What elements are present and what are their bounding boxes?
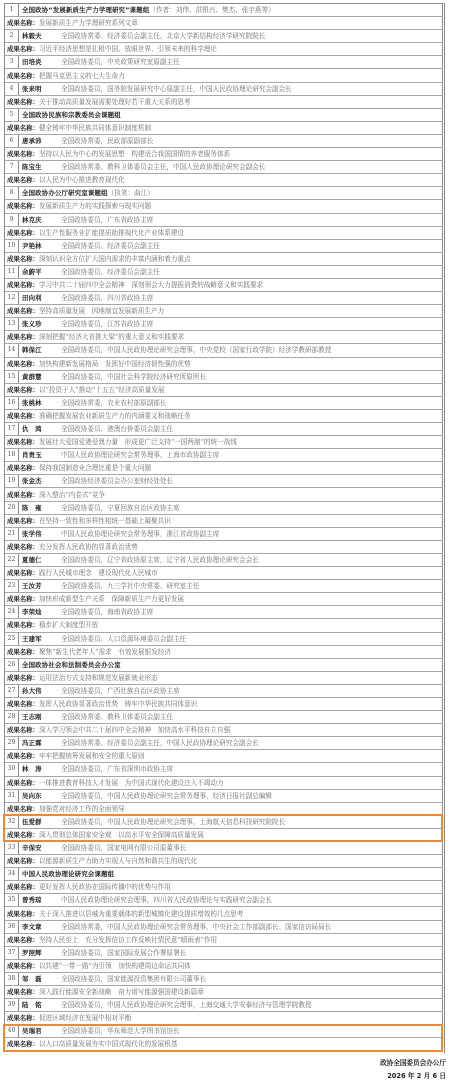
- result-label: 成果名称：: [5, 305, 39, 317]
- result-row: 成果名称：发展壮大爱国爱港爱澳力量 形成更广泛支持“一国两制”的统一战线: [5, 436, 443, 449]
- entry-row: 39陆 铭全国政协委员，中国人民政协理论研究会理事，上海交通大学安泰经济与管理学…: [5, 999, 443, 1012]
- entry-author-title: 全国政协委员、人口资源环境委员会副主任: [58, 633, 186, 645]
- result-label: 成果名称：: [5, 96, 39, 108]
- result-label: 成果名称：: [5, 515, 39, 527]
- entry-number: 15: [5, 371, 19, 383]
- entry-number: 33: [5, 842, 19, 854]
- result-row: 成果名称：保持我国制造业合理比重是个重大问题: [5, 462, 443, 475]
- result-title: 深入践行能源安全新战略 奋力谱写能源强国建设新篇章: [39, 986, 204, 998]
- entry-number: 25: [5, 633, 19, 645]
- entry-author: 吴瑞君: [19, 1025, 58, 1037]
- entry-author: 全国政协“发展新质生产力学理研究”课题组: [19, 4, 149, 16]
- result-title: 运用法治方式支持和规范发展新就业形态: [39, 672, 158, 684]
- result-row: 成果名称：把握马克思主义的七大生命力: [5, 69, 443, 82]
- entry-row: 15黄群慧全国政协委员，中国社会科学院经济研究所原所长: [5, 371, 443, 384]
- entry-author-title: 中国人民政协理论研究会常务理事，浙江省政协副主席: [58, 528, 219, 540]
- entry-author: 林克庆: [19, 214, 58, 226]
- entry-author: 林 涛: [19, 763, 58, 775]
- result-label: 成果名称：: [5, 148, 39, 160]
- result-row: 成果名称：践行人民城市理念 建设现代化人民城市: [5, 567, 443, 580]
- result-title: 深刻认识全方位扩大国内需求的丰富内涵和着力重点: [39, 253, 191, 265]
- result-row: 成果名称：发挥人民政协显著政治优势 铸牢中华民族共同体意识: [5, 698, 443, 711]
- entry-number: 38: [5, 973, 19, 985]
- footer-issuer: 政协全国委员会办公厅: [380, 1057, 446, 1067]
- entry-number: 4: [5, 83, 19, 95]
- entry-row: 32伍爱群全国政协委员，中国人民政协理论研究会理事，上海航天信息科技研究院院长: [5, 816, 443, 829]
- entry-author-title: 全国政协委员，国家能源投资集团有限公司董事长: [58, 973, 206, 985]
- entry-author: 林毅夫: [19, 30, 58, 42]
- result-label: 成果名称：: [5, 70, 39, 82]
- entry-row: 33辛保安全国政协委员，国家电网有限公司原董事长: [5, 842, 443, 855]
- entry-author-title: 全国政协委员，广东省政协主席: [58, 214, 153, 226]
- entry-author-title: 全国政协委员，中国人民政协理论研究会理事，上海航天信息科技研究院院长: [58, 816, 285, 828]
- result-title: 深刻把握“经济大省挑大梁”的重大意义和实践要求: [39, 331, 184, 343]
- entry-author: 罗照辉: [19, 947, 58, 959]
- result-title: 以人民为中心推进教育现代化: [39, 174, 125, 186]
- result-title: 学习中共二十届四中全会精神 深刻领会大力提振消费的战略意义和实践要求: [39, 279, 263, 291]
- entry-author-title: 全国政协委员，国务院发展研究中心原副主任，中国人民政协理论研究会副会长: [58, 83, 292, 95]
- result-title: 把握马克思主义的七大生命力: [39, 70, 125, 82]
- entry-row: 12田向利全国政协委员，四川省政协主席: [5, 292, 443, 305]
- entry-number: 30: [5, 763, 19, 775]
- entry-author: 辛保安: [19, 842, 58, 854]
- entry-author: 李文章: [19, 921, 58, 933]
- result-label: 成果名称：: [5, 593, 39, 605]
- entry-author: 陈 雍: [19, 502, 58, 514]
- entry-author-title: 全国政协委员，中国人民政协理论研究会理事，上海交通大学安泰经济与管理学院教授: [58, 999, 312, 1011]
- result-row: 成果名称：以“投资于人”推动“十五五”经济高质量发展: [5, 384, 443, 397]
- result-title: 关于推动高质量发展需要处理好若干重大关系的思考: [39, 96, 191, 108]
- entry-author: 伍爱群: [19, 816, 58, 828]
- entry-number: 14: [5, 344, 19, 356]
- result-row: 成果名称：以能源新质生产力助力实现人与自然和谐共生的现代化: [5, 855, 443, 868]
- result-row: 成果名称：关于深入推进以县城为重要载体的新型城镇化建设提质增效的几点思考: [5, 907, 443, 920]
- entry-row: 6唐承沛全国政协常委，民政部原副部长: [5, 135, 443, 148]
- result-row: 成果名称：健全铸牢中华民族共同体意识制度机制: [5, 122, 443, 135]
- result-label: 成果名称：: [5, 829, 39, 841]
- result-label: 成果名称：: [5, 803, 39, 815]
- entry-row: 38邹 磊全国政协委员，国家能源投资集团有限公司董事长: [5, 973, 443, 986]
- entry-row: 17仇 鸿全国政协委员、港澳台侨委员会副主任: [5, 423, 443, 436]
- result-row: 成果名称：学习中共二十届四中全会精神 深刻领会大力提振消费的战略意义和实践要求: [5, 279, 443, 292]
- entry-author-title: 全国政协委员，广东省深圳市政协主席: [58, 763, 173, 775]
- entry-author: 田向利: [19, 292, 58, 304]
- result-label: 成果名称：: [5, 541, 39, 553]
- entry-author: 王建军: [19, 633, 58, 645]
- entry-row: 10尹艳林全国政协委员、经济委员会副主任: [5, 240, 443, 253]
- entry-number: 6: [5, 135, 19, 147]
- result-label: 成果名称：: [5, 410, 39, 422]
- entry-row: 19张金杰全国政协经济委员会办公室财经处处长: [5, 475, 443, 488]
- result-label: 成果名称：: [5, 122, 39, 134]
- result-row: 成果名称：发展新质生产力学理研究系列文章: [5, 17, 443, 30]
- result-row: 成果名称：深入贯彻总体国家安全观 以高水平安全保障高质量发展: [5, 829, 443, 842]
- result-row: 成果名称：关于推动高质量发展需要处理好若干重大关系的思考: [5, 96, 443, 109]
- result-label: 成果名称：: [5, 750, 39, 762]
- result-row: 成果名称：以人口高质量发展夯实中国式现代化的发展根基: [5, 1038, 443, 1051]
- entry-number: 27: [5, 685, 19, 697]
- entry-author: 尹艳林: [19, 240, 58, 252]
- entry-author: 全国政协办公厅研究室课题组: [19, 187, 108, 199]
- result-row: 成果名称：加强党对经济工作的全面领导: [5, 803, 443, 816]
- result-title: 聚焦“新生代老年人”需求 有效发展银发经济: [39, 646, 171, 658]
- entry-author: 全国政协民族和宗教委员会课题组: [19, 109, 121, 121]
- result-row: 成果名称：习近平经济思想是扎根中国、放眼世界、引领未来的科学理论: [5, 43, 443, 56]
- result-row: 成果名称：坚持人民至上 充分发挥信访工作反映社情民意“晴雨表”作用: [5, 934, 443, 947]
- result-row: 成果名称：坚持高质量发展 因地制宜发展新质生产力: [5, 305, 443, 318]
- result-title: 加强党对经济工作的全面领导: [39, 803, 125, 815]
- result-label: 成果名称：: [5, 489, 39, 501]
- result-title: 加快形成新型生产关系 保障新质生产力更好发展: [39, 593, 184, 605]
- entry-author-title: 全国政协常委、教科卫体委员会主任，中国人民政协理论研究会副会长: [58, 161, 265, 173]
- entry-number: 5: [5, 109, 19, 121]
- result-title: 深入贯彻总体国家安全观 以高水平安全保障高质量发展: [39, 829, 204, 841]
- result-label: 成果名称：: [5, 619, 39, 631]
- entry-row: 37罗照辉全国政协委员，国家国际发展合作署原署长: [5, 947, 443, 960]
- result-label: 成果名称：: [5, 698, 39, 710]
- entry-row: 13张义珍全国政协委员，江苏省政协主席: [5, 318, 443, 331]
- entry-number: 3: [5, 56, 19, 68]
- entry-author: 张金杰: [19, 475, 58, 487]
- result-row: 成果名称：以人民为中心推进教育现代化: [5, 174, 443, 187]
- result-label: 成果名称：: [5, 384, 39, 396]
- entry-row: 20陈 雍全国政协委员，宁夏回族自治区政协主席: [5, 502, 443, 515]
- entry-number: 17: [5, 423, 19, 435]
- result-row: 成果名称：充分发挥人民政协的显著政治优势: [5, 541, 443, 554]
- entry-number: 11: [5, 266, 19, 278]
- result-row: 成果名称：深入学习领会中共二十届四中全会精神 加快高水平科技自立自强: [5, 724, 443, 737]
- entry-number: 35: [5, 894, 19, 906]
- entry-author: 张义珍: [19, 318, 58, 330]
- entry-row: 18肖贵玉中国人民政协理论研究会常务理事，上海市政协副主席: [5, 449, 443, 462]
- result-row: 成果名称：深刻认识全方位扩大国内需求的丰富内涵和着力重点: [5, 253, 443, 266]
- entry-number: 20: [5, 502, 19, 514]
- entry-author: 田培炎: [19, 56, 58, 68]
- result-label: 成果名称：: [5, 358, 39, 370]
- result-title: 关于深入推进以县城为重要载体的新型城镇化建设提质增效的几点思考: [39, 908, 243, 920]
- result-title: 以“投资于人”推动“十五五”经济高质量发展: [39, 384, 165, 396]
- result-label: 成果名称：: [5, 855, 39, 867]
- result-label: 成果名称：: [5, 724, 39, 736]
- result-title: 以能源新质生产力助力实现人与自然和谐共生的现代化: [39, 855, 197, 867]
- entry-author: 余蔚平: [19, 266, 58, 278]
- result-label: 成果名称：: [5, 1012, 39, 1024]
- result-label: 成果名称：: [5, 934, 39, 946]
- entry-number: 2: [5, 30, 19, 42]
- result-title: 深入学习领会中共二十届四中全会精神 加快高水平科技自立自强: [39, 724, 230, 736]
- entry-author: 冯正霖: [19, 737, 58, 749]
- result-title: 以人口高质量发展夯实中国式现代化的发展根基: [39, 1038, 177, 1050]
- result-title: 在坚持一致性和多样性相统一基础上凝聚共识: [39, 515, 171, 527]
- result-label: 成果名称：: [5, 1038, 39, 1050]
- entry-author-title: 全国政协委员，四川省政协主席: [58, 292, 153, 304]
- entry-number: 1: [5, 4, 19, 16]
- entry-number: 22: [5, 554, 19, 566]
- entry-author-title: 全国政协常委，民政部原副部长: [58, 135, 153, 147]
- entry-author-title: 中国人民政协理论研究会常务理事，上海市政协副主席: [58, 449, 219, 461]
- result-title: 牢牢把握统筹发展和安全的重大原则: [39, 750, 145, 762]
- entry-number: 36: [5, 921, 19, 933]
- entry-number: 39: [5, 999, 19, 1011]
- result-row: 成果名称：聚焦“新生代老年人”需求 有效发展银发经济: [5, 646, 443, 659]
- entry-author-title: 全国政协委员，江苏省政协主席: [58, 318, 153, 330]
- result-title: 坚持人民至上 充分发挥信访工作反映社情民意“晴雨表”作用: [39, 934, 217, 946]
- result-row: 成果名称：坚持以人民为中心的发展思想 构建适合我国国情的养老服务体系: [5, 148, 443, 161]
- entry-number: 40: [5, 1025, 19, 1037]
- entry-author: 张桃林: [19, 397, 58, 409]
- result-label: 成果名称：: [5, 436, 39, 448]
- entry-author: 仇 鸿: [19, 423, 58, 435]
- result-title: 以生产性服务业扩能提质助推现代化产业体系建设: [39, 227, 184, 239]
- entry-author: 张来明: [19, 83, 58, 95]
- entry-number: 34: [5, 868, 19, 880]
- result-label: 成果名称：: [5, 777, 39, 789]
- entry-author: 陈宝生: [19, 161, 58, 173]
- entry-author-title: 全国政协委员，广西壮族自治区政协主席: [58, 685, 180, 697]
- entry-author-title: 全国政协常委、经济委员会副主任，中国人民政协理论研究会副会长: [58, 737, 259, 749]
- result-row: 成果名称：一体推进教育科技人才发展 为中国式现代化建设注入不竭动力: [5, 777, 443, 790]
- entry-row: 7陈宝生全国政协常委、教科卫体委员会主任，中国人民政协理论研究会副会长: [5, 161, 443, 174]
- entry-author: 孙大伟: [19, 685, 58, 697]
- entry-author-title: 全国政协委员，宁夏回族自治区政协主席: [58, 502, 180, 514]
- result-row: 成果名称：深入整治“内卷式”竞争: [5, 488, 443, 501]
- result-row: 成果名称：发展新质生产力的实践探索与现实问题: [5, 200, 443, 213]
- result-row: 成果名称：深入践行能源安全新战略 奋力谱写能源强国建设新篇章: [5, 986, 443, 999]
- result-label: 成果名称：: [5, 279, 39, 291]
- entry-author: 黄群慧: [19, 371, 58, 383]
- entry-author-title: 全国政协委员，辽宁省政协原主席，辽宁省人民政协理论研究会会长: [58, 554, 259, 566]
- entry-author-title: 全国政协常委、经济委员会副主任，北京大学新结构经济学研究院院长: [58, 30, 265, 42]
- entry-author-note: （执笔：曲江）: [108, 187, 154, 199]
- result-label: 成果名称：: [5, 908, 39, 920]
- result-title: 发展壮大爱国爱港爱澳力量 形成更广泛支持“一国两制”的统一战线: [39, 436, 237, 448]
- entry-author: 陆 铭: [19, 999, 58, 1011]
- result-title: 发展新质生产力学理研究系列文章: [39, 17, 138, 29]
- entry-number: 32: [5, 816, 19, 828]
- result-label: 成果名称：: [5, 331, 39, 343]
- result-row: 成果名称：在坚持一致性和多样性相统一基础上凝聚共识: [5, 515, 443, 528]
- entry-number: 23: [5, 580, 19, 592]
- result-row: 成果名称：加快构建新发展格局 发挥好中国经济韧性强的优势: [5, 358, 443, 371]
- result-row: 成果名称：促进区域经济在发展中相对平衡: [5, 1012, 443, 1025]
- entry-row: 9林克庆全国政协委员，广东省政协主席: [5, 214, 443, 227]
- entry-row: 40吴瑞君全国政协委员，华东师范大学图书馆馆长: [5, 1025, 443, 1038]
- footer-date: 2026 年 2 月 6 日: [387, 1070, 446, 1080]
- entry-row: 23王汝芳全国政协委员，九三学社中央常委、研究室主任: [5, 580, 443, 593]
- entry-author-title: 中国人民政协理论研究会理事，四川省人民政协理论与实践研究会副会长: [58, 894, 272, 906]
- entry-row: 8全国政协办公厅研究室课题组（执笔：曲江）: [5, 187, 443, 200]
- entry-author: 李荣灿: [19, 606, 58, 618]
- entry-row: 2林毅夫全国政协常委、经济委员会副主任，北京大学新结构经济学研究院院长: [5, 30, 443, 43]
- entry-row: 14韩保江全国政协委员，中国人民政协理论研究会理事，中央党校（国家行政学院）经济…: [5, 344, 443, 357]
- entry-row: 34中国人民政协理论研究会课题组: [5, 868, 443, 881]
- result-title: 保持我国制造业合理比重是个重大问题: [39, 462, 151, 474]
- entry-author-title: 全国政协委员、经济委员会副主任: [58, 266, 160, 278]
- result-label: 成果名称：: [5, 43, 39, 55]
- entry-author-title: 全国政协委员，海南省政协主席: [58, 606, 153, 618]
- entry-author-title: 全国政协委员，九三学社中央常委、研究室主任: [58, 580, 199, 592]
- result-title: 促进区域经济在发展中相对平衡: [39, 1012, 131, 1024]
- entry-number: 12: [5, 292, 19, 304]
- entry-row: 21张学伟中国人民政协理论研究会常务理事，浙江省政协副主席: [5, 528, 443, 541]
- entry-row: 11余蔚平全国政协委员、经济委员会副主任: [5, 266, 443, 279]
- entry-number: 16: [5, 397, 19, 409]
- result-row: 成果名称：以共建“一带一路”为引领 加快构建周边命运共同体: [5, 960, 443, 973]
- entry-number: 26: [5, 659, 19, 671]
- entry-author: 王志刚: [19, 711, 58, 723]
- result-row: 成果名称：稳步扩大制度型开放: [5, 619, 443, 632]
- entry-number: 7: [5, 161, 19, 173]
- entry-author: 肖贵玉: [19, 449, 58, 461]
- entry-row: 25王建军全国政协委员、人口资源环境委员会副主任: [5, 633, 443, 646]
- entry-number: 13: [5, 318, 19, 330]
- result-label: 成果名称：: [5, 174, 39, 186]
- result-title: 一体推进教育科技人才发展 为中国式现代化建设注入不竭动力: [39, 777, 224, 789]
- entry-row: 36李文章全国政协常委，中国人民政协理论研究会常务理事，中央社会工作部副部长、国…: [5, 921, 443, 934]
- entry-author: 中国人民政协理论研究会课题组: [19, 868, 114, 880]
- entry-number: 18: [5, 449, 19, 461]
- entry-author: 全国政协社会和法制委员会办公室: [19, 659, 121, 671]
- entry-number: 24: [5, 606, 19, 618]
- result-row: 成果名称：加快形成新型生产关系 保障新质生产力更好发展: [5, 593, 443, 606]
- result-title: 践行人民城市理念 建设现代化人民城市: [39, 567, 158, 579]
- result-title: 坚持以人民为中心的发展思想 构建适合我国国情的养老服务体系: [39, 148, 230, 160]
- result-title: 坚持高质量发展 因地制宜发展新质生产力: [39, 305, 164, 317]
- result-row: 成果名称：更好发挥人民政协在国际传播中的优势与作用: [5, 881, 443, 894]
- result-label: 成果名称：: [5, 462, 39, 474]
- entry-number: 10: [5, 240, 19, 252]
- result-title: 准确把握发展农业新质生产力的内涵要义和战略任务: [39, 410, 191, 422]
- result-title: 以共建“一带一路”为引领 加快构建周边命运共同体: [39, 960, 191, 972]
- result-row: 成果名称：以生产性服务业扩能提质助推现代化产业体系建设: [5, 227, 443, 240]
- result-title: 习近平经济思想是扎根中国、放眼世界、引领未来的科学理论: [39, 43, 217, 55]
- entry-author-title: 全国政协经济委员会办公室财经处处长: [58, 475, 173, 487]
- result-label: 成果名称：: [5, 672, 39, 684]
- entry-row: 5全国政协民族和宗教委员会课题组: [5, 109, 443, 122]
- entry-number: 19: [5, 475, 19, 487]
- entry-author-title: 全国政协委员，中国社会科学院经济研究所原所长: [58, 371, 206, 383]
- result-row: 成果名称：深刻把握“经济大省挑大梁”的重大意义和实践要求: [5, 331, 443, 344]
- entry-number: 28: [5, 711, 19, 723]
- result-title: 发展新质生产力的实践探索与现实问题: [39, 200, 151, 212]
- entry-author-title: 全国政协委员、经济委员会副主任: [58, 240, 160, 252]
- entry-author: 韩保江: [19, 344, 58, 356]
- entry-author: 王汝芳: [19, 580, 58, 592]
- result-row: 成果名称：运用法治方式支持和规范发展新就业形态: [5, 672, 443, 685]
- result-title: 发挥人民政协显著政治优势 铸牢中华民族共同体意识: [39, 698, 197, 710]
- result-label: 成果名称：: [5, 253, 39, 265]
- result-label: 成果名称：: [5, 567, 39, 579]
- result-label: 成果名称：: [5, 881, 39, 893]
- entry-row: 3田培炎全国政协委员，中央政策研究室原副主任: [5, 56, 443, 69]
- entry-row: 29冯正霖全国政协常委、经济委员会副主任，中国人民政协理论研究会副会长: [5, 737, 443, 750]
- entry-author: 夏德仁: [19, 554, 58, 566]
- result-title: 稳步扩大制度型开放: [39, 619, 98, 631]
- entry-author-title: 全国政协委员，国家国际发展合作署原署长: [58, 947, 186, 959]
- entry-author: 张学伟: [19, 528, 58, 540]
- entry-number: 31: [5, 790, 19, 802]
- result-title: 更好发挥人民政协在国际传播中的优势与作用: [39, 881, 171, 893]
- result-label: 成果名称：: [5, 200, 39, 212]
- entry-author-title: 全国政协委员、港澳台侨委员会副主任: [58, 423, 173, 435]
- result-title: 深入整治“内卷式”竞争: [39, 489, 105, 501]
- entry-row: 1全国政协“发展新质生产力学理研究”课题组（作者：刘伟、洪银兴、樊杰、张宇燕等）: [5, 4, 443, 17]
- entry-author-title: 全国政协委员，中央政策研究室原副主任: [58, 56, 180, 68]
- entry-author-title: 全国政协常委，农业农村部原副部长: [58, 397, 167, 409]
- entry-row: 28王志刚全国政协常委、教科卫体委员会副主任: [5, 711, 443, 724]
- result-label: 成果名称：: [5, 960, 39, 972]
- result-label: 成果名称：: [5, 227, 39, 239]
- entry-author-title: 全国政协常委、教科卫体委员会副主任: [58, 711, 173, 723]
- entry-author: 唐承沛: [19, 135, 58, 147]
- table-outer-border: [444, 3, 445, 1053]
- results-table: 1全国政协“发展新质生产力学理研究”课题组（作者：刘伟、洪银兴、樊杰、张宇燕等）…: [4, 3, 443, 1052]
- entry-number: 37: [5, 947, 19, 959]
- entry-row: 22夏德仁全国政协委员，辽宁省政协原主席，辽宁省人民政协理论研究会会长: [5, 554, 443, 567]
- result-label: 成果名称：: [5, 646, 39, 658]
- entry-author-title: 全国政协常委，中国人民政协理论研究会常务理事，中央社会工作部副部长、国家信访局局…: [58, 921, 331, 933]
- result-label: 成果名称：: [5, 17, 39, 29]
- entry-author: 吴向东: [19, 790, 58, 802]
- entry-row: 35曾秀琼中国人民政协理论研究会理事，四川省人民政协理论与实践研究会副会长: [5, 894, 443, 907]
- result-title: 健全铸牢中华民族共同体意识制度机制: [39, 122, 151, 134]
- entry-row: 27孙大伟全国政协委员，广西壮族自治区政协主席: [5, 685, 443, 698]
- entry-author: 邹 磊: [19, 973, 58, 985]
- result-title: 充分发挥人民政协的显著政治优势: [39, 541, 138, 553]
- entry-author-note: （作者：刘伟、洪银兴、樊杰、张宇燕等）: [149, 4, 274, 16]
- entry-author: 曾秀琼: [19, 894, 58, 906]
- entry-row: 30林 涛全国政协委员，广东省深圳市政协主席: [5, 763, 443, 776]
- entry-number: 8: [5, 187, 19, 199]
- result-row: 成果名称：牢牢把握统筹发展和安全的重大原则: [5, 750, 443, 763]
- result-row: 成果名称：准确把握发展农业新质生产力的内涵要义和战略任务: [5, 410, 443, 423]
- entry-author-title: 全国政协委员，国家电网有限公司原董事长: [58, 842, 186, 854]
- entry-number: 29: [5, 737, 19, 749]
- result-title: 加快构建新发展格局 发挥好中国经济韧性强的优势: [39, 358, 191, 370]
- entry-author-title: 全国政协委员，中国人民政协理论研究会理事，中央党校（国家行政学院）经济学教研部教…: [58, 344, 331, 356]
- entry-row: 26全国政协社会和法制委员会办公室: [5, 659, 443, 672]
- entry-row: 24李荣灿全国政协委员，海南省政协主席: [5, 606, 443, 619]
- entry-author-title: 全国政协委员，华东师范大学图书馆馆长: [58, 1025, 180, 1037]
- entry-row: 31吴向东全国政协委员，中国人民政协理论研究会常务理事，经济日报社副总编辑: [5, 790, 443, 803]
- result-label: 成果名称：: [5, 986, 39, 998]
- entry-number: 9: [5, 214, 19, 226]
- entry-row: 4张来明全国政协委员，国务院发展研究中心原副主任，中国人民政协理论研究会副会长: [5, 83, 443, 96]
- entry-author-title: 全国政协委员，中国人民政协理论研究会常务理事，经济日报社副总编辑: [58, 790, 272, 802]
- entry-row: 16张桃林全国政协常委，农业农村部原副部长: [5, 397, 443, 410]
- entry-number: 21: [5, 528, 19, 540]
